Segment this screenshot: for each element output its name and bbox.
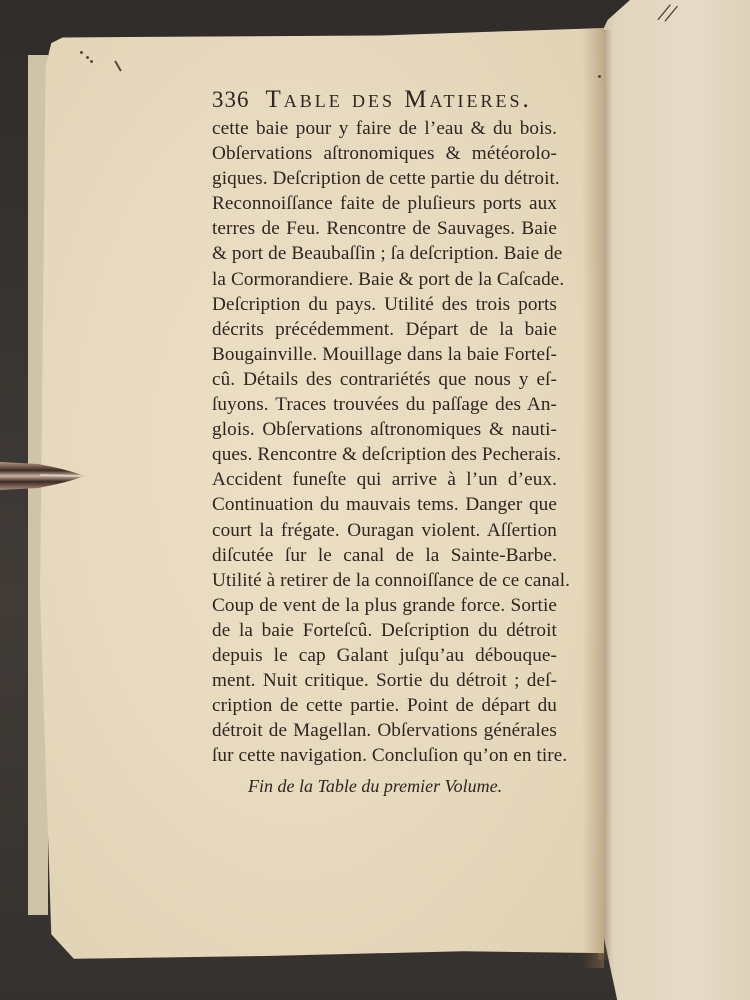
colophon: Fin de la Table du premier Volume. bbox=[248, 776, 528, 797]
text-line: ment. Nuit critique. Sortie du détroit ;… bbox=[212, 668, 557, 693]
foxing-spot bbox=[598, 75, 601, 78]
text-line: depuis le cap Galant juſqu’au débouque- bbox=[212, 643, 557, 668]
foxing-spot bbox=[80, 51, 83, 54]
text-line: ſur cette navigation. Concluſion qu’on e… bbox=[212, 743, 557, 768]
text-line: cription de cette partie. Point de dépar… bbox=[212, 693, 557, 718]
text-line: diſcutée ſur le canal de la Sainte-Barbe… bbox=[212, 543, 557, 568]
text-line: Obſervations aſtronomiques & météorolo- bbox=[212, 141, 557, 166]
text-line: terres de Feu. Rencontre de Sauvages. Ba… bbox=[212, 216, 557, 241]
text-line: glois. Obſervations aſtronomiques & naut… bbox=[212, 417, 557, 442]
text-line: ques. Rencontre & deſcription des Pecher… bbox=[212, 442, 557, 467]
foxing-spot bbox=[86, 56, 89, 59]
text-line: la Cormorandiere. Baie & port de la Caſc… bbox=[212, 267, 557, 292]
text-line: court la frégate. Ouragan violent. Aſſer… bbox=[212, 518, 557, 543]
text-line: Bougainville. Mouillage dans la baie For… bbox=[212, 342, 557, 367]
page-number: 336 bbox=[212, 87, 250, 113]
text-line: & port de Beaubaſſin ; ſa deſcription. B… bbox=[212, 241, 557, 266]
text-line: Continuation du mauvais tems. Danger que bbox=[212, 492, 557, 517]
text-line: décrits précédemment. Départ de la baie bbox=[212, 317, 557, 342]
page-header: 336 Table des Matieres. bbox=[212, 86, 557, 114]
facing-page bbox=[598, 0, 750, 1000]
text-line: Deſcription du pays. Utilité des trois p… bbox=[212, 292, 557, 317]
text-line: ſuyons. Traces trouvées du paſſage des A… bbox=[212, 392, 557, 417]
text-line: Reconnoiſſance faite de pluſieurs ports … bbox=[212, 191, 557, 216]
ink-mark: // bbox=[657, 0, 692, 31]
running-title: Table des Matieres. bbox=[266, 86, 532, 114]
text-block: 336 Table des Matieres. cette baie pour … bbox=[212, 86, 557, 768]
text-line: cette baie pour y faire de l’eau & du bo… bbox=[212, 116, 557, 141]
text-line: Coup de vent de la plus grande force. So… bbox=[212, 593, 557, 618]
page-gutter-shadow bbox=[582, 28, 604, 968]
text-line: Accident funeſte qui arrive à l’un d’eux… bbox=[212, 467, 557, 492]
text-line: giques. Deſcription de cette partie du d… bbox=[212, 166, 557, 191]
pen-tip-icon bbox=[0, 452, 84, 498]
text-line: détroit de Magellan. Obſervations généra… bbox=[212, 718, 557, 743]
text-line: de la baie Forteſcû. Deſcription du détr… bbox=[212, 618, 557, 643]
text-line: cû. Détails des contrariétés que nous y … bbox=[212, 367, 557, 392]
text-line: Utilité à retirer de la connoiſſance de … bbox=[212, 568, 557, 593]
foxing-spot bbox=[90, 60, 93, 63]
